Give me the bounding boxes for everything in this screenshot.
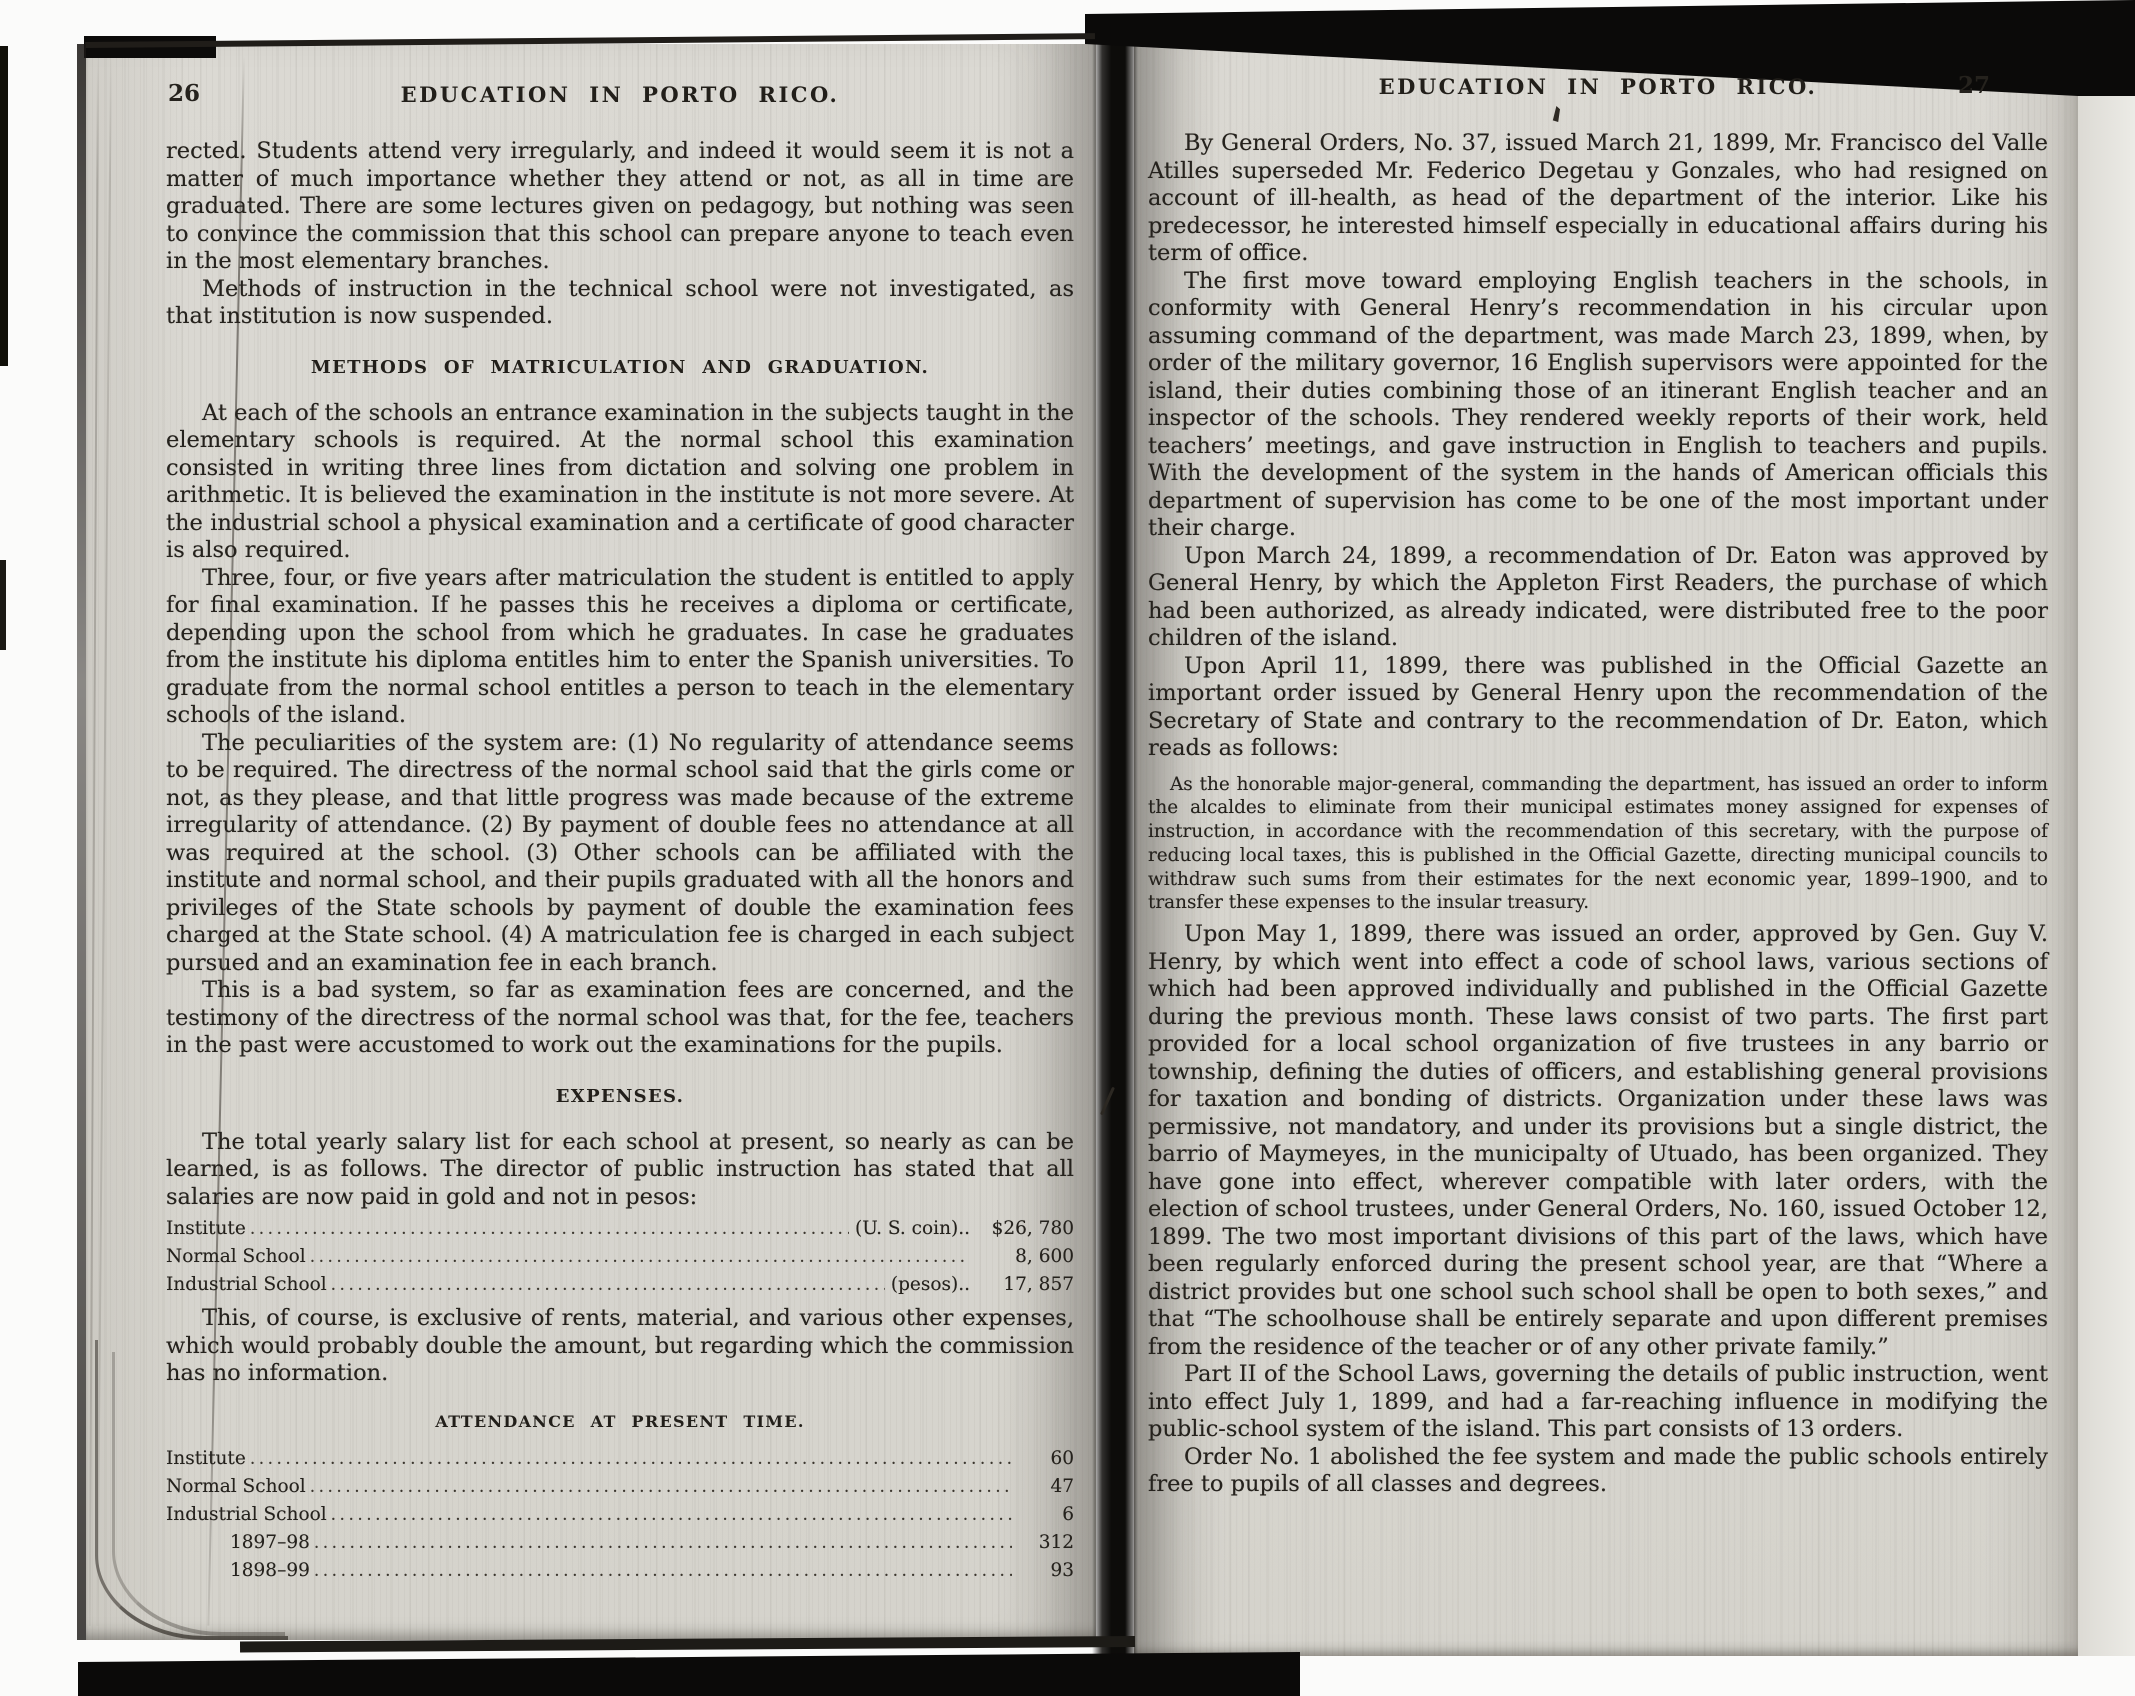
paragraph: This is a bad system, so far as examinat… (166, 977, 1074, 1060)
paragraph: By General Orders, No. 37, issued March … (1148, 130, 2048, 268)
row-label: Industrial School (166, 1501, 327, 1528)
row-label: Institute (166, 1215, 246, 1242)
page-fore-edge (2078, 96, 2135, 1656)
row-value: 17, 857 (970, 1271, 1074, 1298)
dot-leader (250, 1215, 849, 1243)
dot-leader (314, 1557, 1012, 1585)
scan-border-left-mark (0, 560, 6, 650)
row-value: $26, 780 (970, 1215, 1074, 1242)
dot-leader (250, 1445, 1012, 1473)
section-heading-attendance: ATTENDANCE AT PRESENT TIME. (166, 1412, 1074, 1431)
row-label: 1898–99 (230, 1557, 310, 1584)
right-page-header: EDUCATION IN PORTO RICO. 27 (1148, 74, 2048, 108)
row-value: 93 (1016, 1557, 1074, 1584)
dot-leader (310, 1473, 1012, 1501)
right-page-number: 27 (1958, 72, 1990, 99)
section-heading-matriculation: METHODS OF MATRICULATION AND GRADUATION. (166, 357, 1074, 378)
paragraph: The first move toward employing English … (1148, 268, 2048, 543)
paragraph: Upon April 11, 1899, there was published… (1148, 653, 2048, 763)
row-label: Institute (166, 1445, 246, 1472)
paragraph: Upon May 1, 1899, there was issued an or… (1148, 921, 2048, 1361)
left-page-side-edge (77, 44, 86, 1640)
table-row: Normal School 47 (166, 1473, 1074, 1501)
right-page-content: EDUCATION IN PORTO RICO. 27 By General O… (1148, 74, 2048, 1499)
scan-border-left (0, 46, 8, 366)
book-scan: 26 EDUCATION IN PORTO RICO. rected. Stud… (0, 0, 2135, 1696)
paragraph: rected. Students attend very irregularly… (166, 138, 1074, 276)
paragraph: Upon March 24, 1899, a recommendation of… (1148, 543, 2048, 653)
row-label: Industrial School (166, 1271, 327, 1298)
paragraph: Methods of instruction in the technical … (166, 276, 1074, 331)
dot-leader (331, 1271, 885, 1299)
row-unit: (pesos).. (891, 1271, 970, 1298)
table-row: 1897–98 312 (166, 1529, 1074, 1557)
row-value: 47 (1016, 1473, 1074, 1500)
row-label: 1897–98 (230, 1529, 310, 1556)
dot-leader (310, 1243, 964, 1271)
row-value: 6 (1016, 1501, 1074, 1528)
table-row: Institute (U. S. coin).. $26, 780 (166, 1215, 1074, 1243)
table-row: Industrial School 6 (166, 1501, 1074, 1529)
paragraph: The total yearly salary list for each sc… (166, 1129, 1074, 1212)
book-spine (1092, 26, 1138, 1654)
paragraph: The peculiarities of the system are: (1)… (166, 730, 1074, 978)
dot-leader (314, 1529, 1012, 1557)
row-unit: (U. S. coin).. (855, 1215, 970, 1242)
salary-table: Institute (U. S. coin).. $26, 780 Normal… (166, 1215, 1074, 1299)
table-row: Industrial School (pesos).. 17, 857 (166, 1271, 1074, 1299)
section-heading-expenses: EXPENSES. (166, 1086, 1074, 1107)
paragraph: Three, four, or five years after matricu… (166, 565, 1074, 730)
left-page-header: 26 EDUCATION IN PORTO RICO. (166, 82, 1074, 116)
attendance-table: Institute 60 Normal School 47 Industrial… (166, 1445, 1074, 1585)
paragraph: Order No. 1 abolished the fee system and… (1148, 1444, 2048, 1499)
dot-leader (331, 1501, 1012, 1529)
left-page-content: 26 EDUCATION IN PORTO RICO. rected. Stud… (166, 82, 1074, 1591)
right-running-header: EDUCATION IN PORTO RICO. (1148, 74, 2048, 99)
official-order-quote: As the honorable major-general, commandi… (1148, 773, 2048, 916)
row-value: 312 (1016, 1529, 1074, 1556)
table-row: Institute 60 (166, 1445, 1074, 1473)
row-value: 60 (1016, 1445, 1074, 1472)
left-running-header: EDUCATION IN PORTO RICO. (166, 82, 1074, 107)
row-label: Normal School (166, 1473, 306, 1500)
table-row: 1898–99 93 (166, 1557, 1074, 1585)
row-value: 8, 600 (970, 1243, 1074, 1270)
row-label: Normal School (166, 1243, 306, 1270)
paragraph: Part II of the School Laws, governing th… (1148, 1361, 2048, 1444)
paragraph: At each of the schools an entrance exami… (166, 400, 1074, 565)
table-row: Normal School 8, 600 (166, 1243, 1074, 1271)
paragraph: This, of course, is exclusive of rents, … (166, 1305, 1074, 1388)
